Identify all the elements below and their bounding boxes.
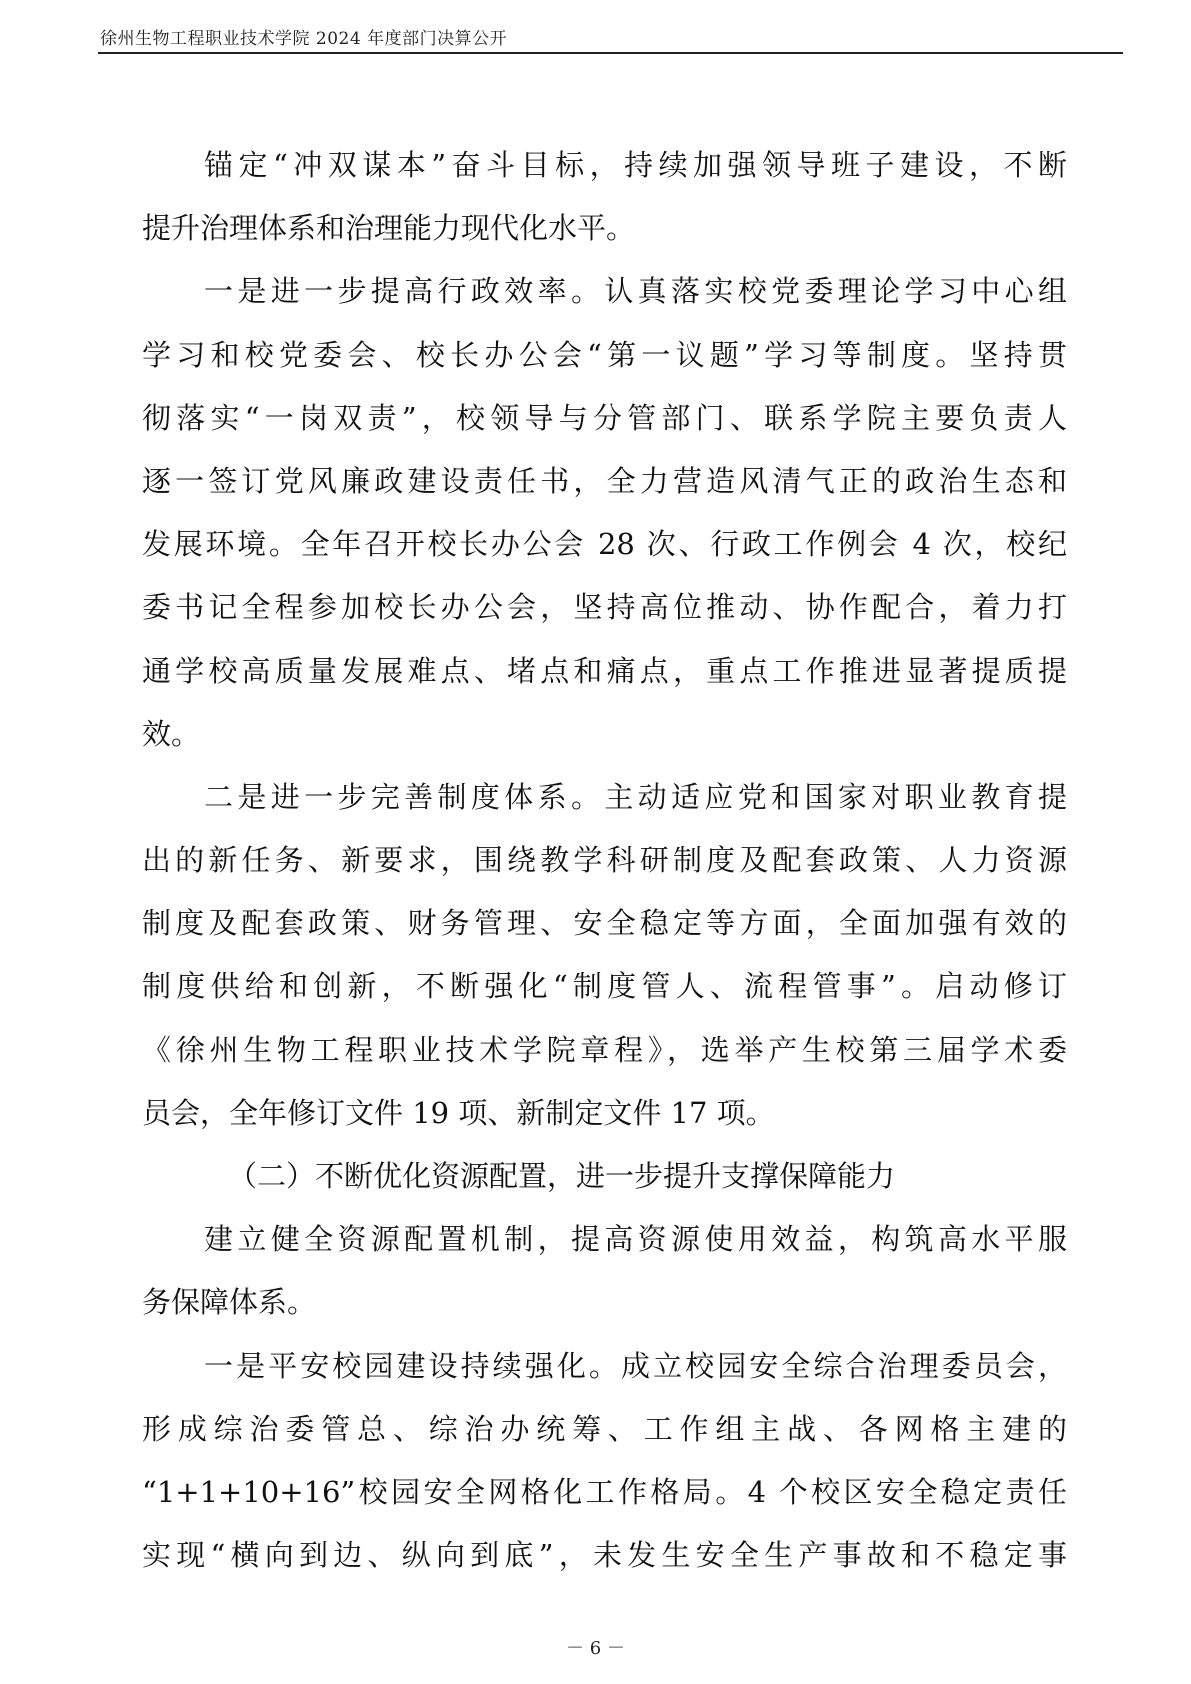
text-line: 逐一签订党风廉政建设责任书，全力营造风清气正的政治生态和 [142,456,1067,519]
text-line: 制度及配套政策、财务管理、安全稳定等方面，全面加强有效的 [142,898,1067,961]
text-line: 提升治理体系和治理能力现代化水平。 [142,203,1067,266]
text-line: 建立健全资源配置机制，提高资源使用效益，构筑高水平服 [142,1214,1067,1277]
section-heading: （二）不断优化资源配置，进一步提升支撑保障能力 [142,1151,1067,1214]
text-line: 彻落实“一岗双责”，校领导与分管部门、联系学院主要负责人 [142,393,1067,456]
text-line: 通学校高质量发展难点、堵点和痛点，重点工作推进显著提质提 [142,646,1067,709]
text-line: 一是进一步提高行政效率。认真落实校党委理论学习中心组 [142,266,1067,329]
page-number: － 6 － [0,1634,1191,1660]
text-line: 制度供给和创新，不断强化“制度管人、流程管事”。启动修订 [142,961,1067,1024]
text-line: 发展环境。全年召开校长办公会 28 次、行政工作例会 4 次，校纪 [142,519,1067,582]
text-line: 《徐州生物工程职业技术学院章程》，选举产生校第三届学术委 [142,1025,1067,1088]
text-line: 效。 [142,709,1067,772]
text-line: “1+1+10+16”校园安全网格化工作格局。4 个校区安全稳定责任 [142,1467,1067,1530]
document-body: 锚定“冲双谋本”奋斗目标，持续加强领导班子建设，不断 提升治理体系和治理能力现代… [142,140,1067,1593]
header-title: 徐州生物工程职业技术学院 2024 年度部门决算公开 [100,24,507,49]
text-line: 出的新任务、新要求，围绕教学科研制度及配套政策、人力资源 [142,835,1067,898]
text-line: 一是平安校园建设持续强化。成立校园安全综合治理委员会， [142,1341,1067,1404]
running-header: 徐州生物工程职业技术学院 2024 年度部门决算公开 [98,28,1123,54]
text-line: 务保障体系。 [142,1277,1067,1340]
text-line: 二是进一步完善制度体系。主动适应党和国家对职业教育提 [142,772,1067,835]
text-line: 实现“横向到边、纵向到底”，未发生安全生产事故和不稳定事 [142,1530,1067,1593]
text-line: 员会，全年修订文件 19 项、新制定文件 17 项。 [142,1088,1067,1151]
text-line: 形成综治委管总、综治办统筹、工作组主战、各网格主建的 [142,1404,1067,1467]
text-line: 锚定“冲双谋本”奋斗目标，持续加强领导班子建设，不断 [142,140,1067,203]
text-line: 委书记全程参加校长办公会，坚持高位推动、协作配合，着力打 [142,582,1067,645]
text-line: 学习和校党委会、校长办公会“第一议题”学习等制度。坚持贯 [142,330,1067,393]
